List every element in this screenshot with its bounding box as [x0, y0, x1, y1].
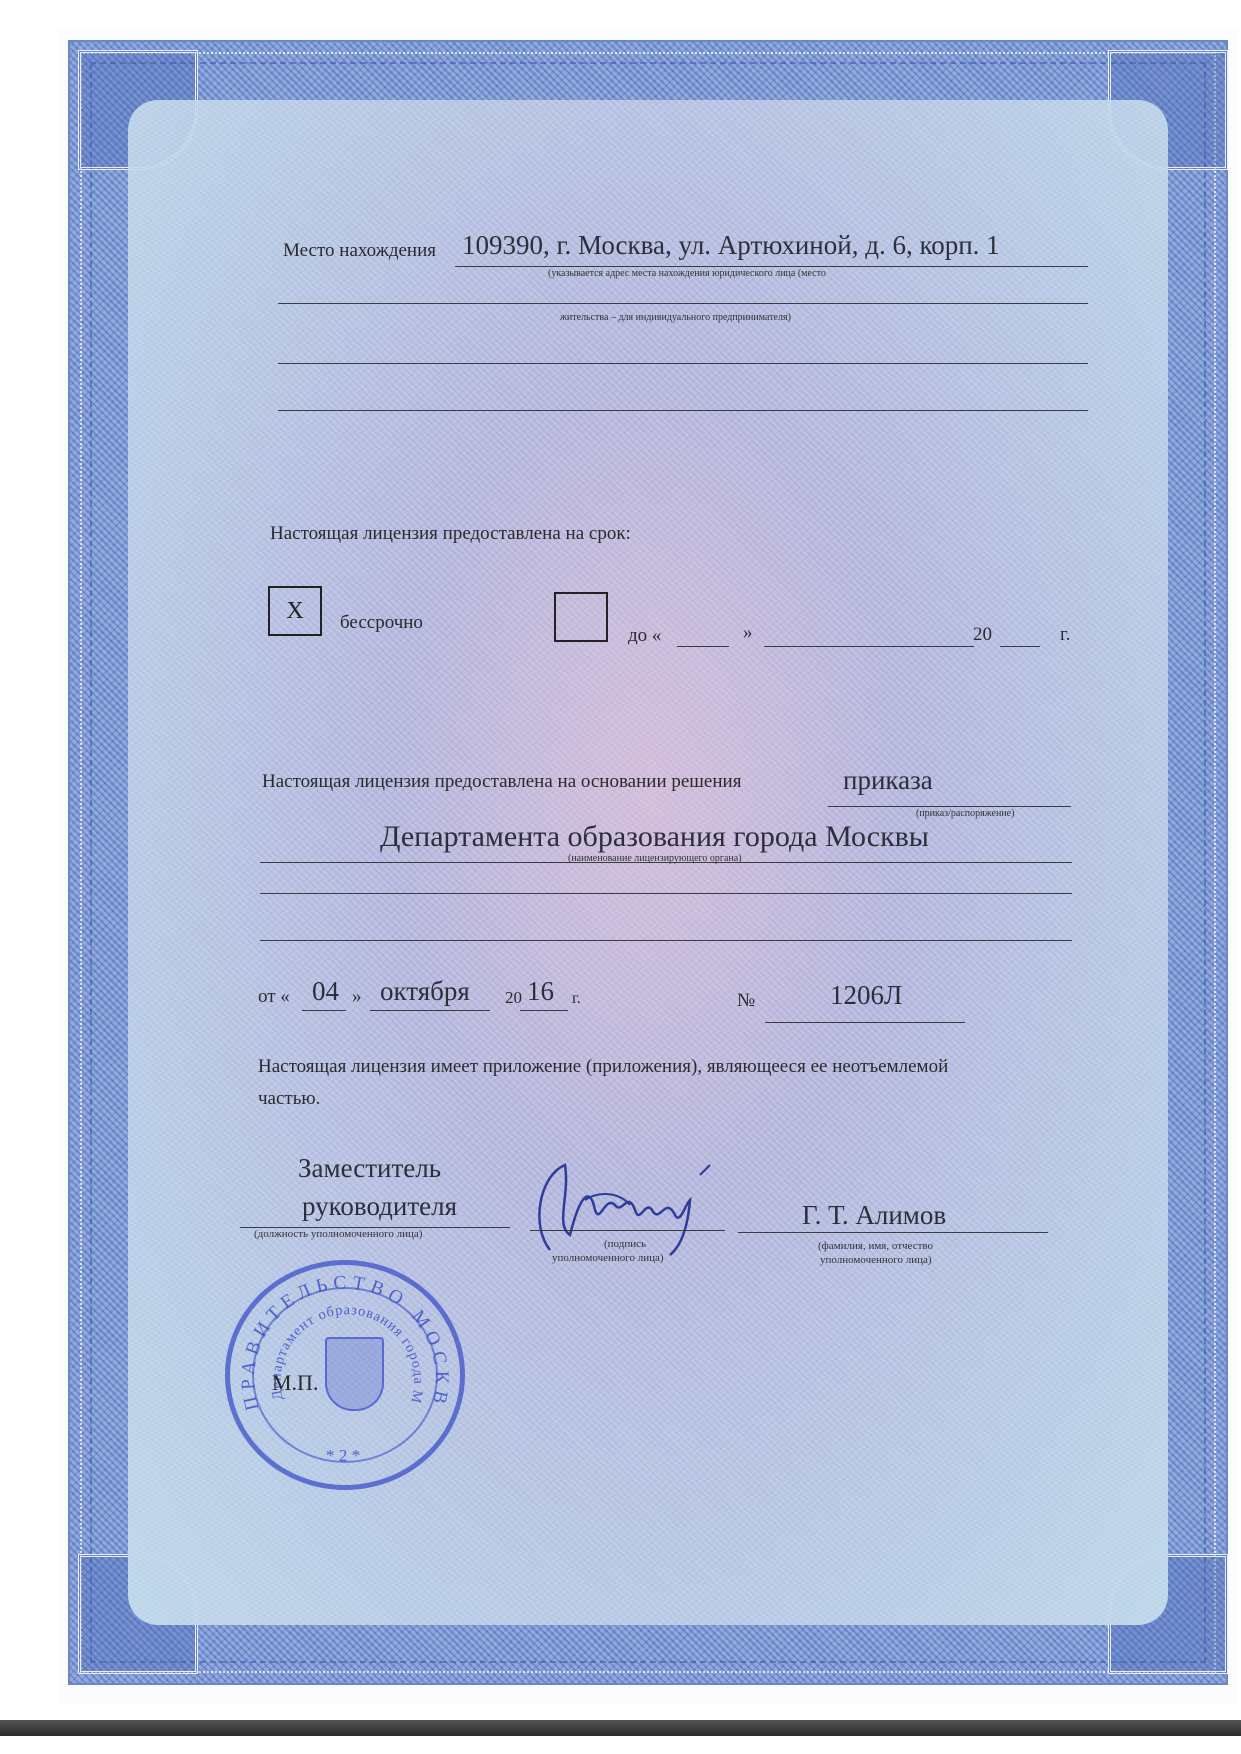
year-underline [520, 1010, 568, 1011]
name-hint-line2: уполномоченного лица) [820, 1254, 932, 1266]
decision-type: приказа [843, 765, 933, 796]
signature-hint-line1: (подпись [604, 1238, 646, 1250]
decision-hint: (приказ/распоряжение) [916, 808, 1014, 819]
month-underline [370, 1010, 490, 1011]
address-hint-2: жительства – для индивидуального предпри… [560, 312, 791, 323]
annex-note-line1: Настоящая лицензия имеет приложение (при… [258, 1056, 948, 1078]
until-year-suffix: г. [1060, 624, 1070, 646]
unlimited-label: бессрочно [340, 612, 423, 634]
date-year-prefix: 20 [505, 988, 522, 1008]
official-seal: ПРАВИТЕЛЬСТВО МОСКВЫ Департамент образов… [225, 1260, 465, 1490]
seal-bottom-text: * 2 * [326, 1446, 360, 1465]
moscow-coat-of-arms-icon [325, 1337, 384, 1411]
number-sign: № [737, 990, 755, 1012]
until-year-field[interactable] [1000, 646, 1040, 647]
address-line-2 [278, 303, 1088, 304]
address-line-4 [278, 410, 1088, 411]
number-underline [765, 1022, 965, 1023]
seal-place-label: М.П. [272, 1370, 318, 1396]
address-line-3 [278, 363, 1088, 364]
license-number: 1206Л [830, 980, 902, 1011]
position-line1: Заместитель [298, 1153, 441, 1184]
address-value: 109390, г. Москва, ул. Артюхиной, д. 6, … [462, 230, 1000, 261]
date-year: 16 [527, 976, 554, 1007]
signature-hint-line2: уполномоченного лица) [552, 1252, 664, 1264]
check-mark: X [286, 598, 303, 625]
until-date-checkbox[interactable] [554, 592, 608, 642]
authority-hint: (наименование лицензирующего органа) [568, 853, 742, 864]
address-label: Место нахождения [283, 240, 436, 262]
date-quote-close: » [352, 986, 362, 1008]
until-month-field[interactable] [764, 646, 974, 647]
day-underline [302, 1010, 346, 1011]
address-underline [455, 266, 1088, 267]
authority-line-3 [260, 940, 1072, 941]
term-label: Настоящая лицензия предоставлена на срок… [270, 523, 631, 545]
document-content: Место нахождения 109390, г. Москва, ул. … [0, 0, 1241, 1754]
name-underline [738, 1232, 1048, 1233]
basis-label: Настоящая лицензия предоставлена на осно… [262, 771, 741, 793]
date-month: октября [380, 976, 470, 1007]
unlimited-checkbox[interactable]: X [268, 586, 322, 636]
until-prefix: до « [628, 625, 661, 647]
date-day: 04 [312, 976, 339, 1007]
authority-line-2 [260, 893, 1072, 894]
until-quote-close: » [743, 622, 753, 644]
position-hint: (должность уполномоченного лица) [254, 1228, 422, 1240]
decision-underline [828, 806, 1071, 807]
authority-name: Департамента образования города Москвы [380, 820, 929, 854]
annex-note-line2: частью. [258, 1088, 320, 1110]
signatory-name: Г. Т. Алимов [802, 1200, 946, 1231]
name-hint-line1: (фамилия, имя, отчество [818, 1240, 933, 1252]
date-prefix: от « [258, 986, 290, 1008]
position-line2: руководителя [302, 1191, 457, 1222]
until-day-field[interactable] [677, 646, 729, 647]
until-year-prefix: 20 [973, 624, 992, 646]
signature-underline [530, 1230, 725, 1231]
date-year-abbr: г. [572, 990, 581, 1008]
address-hint: (указывается адрес места нахождения юрид… [548, 268, 826, 279]
